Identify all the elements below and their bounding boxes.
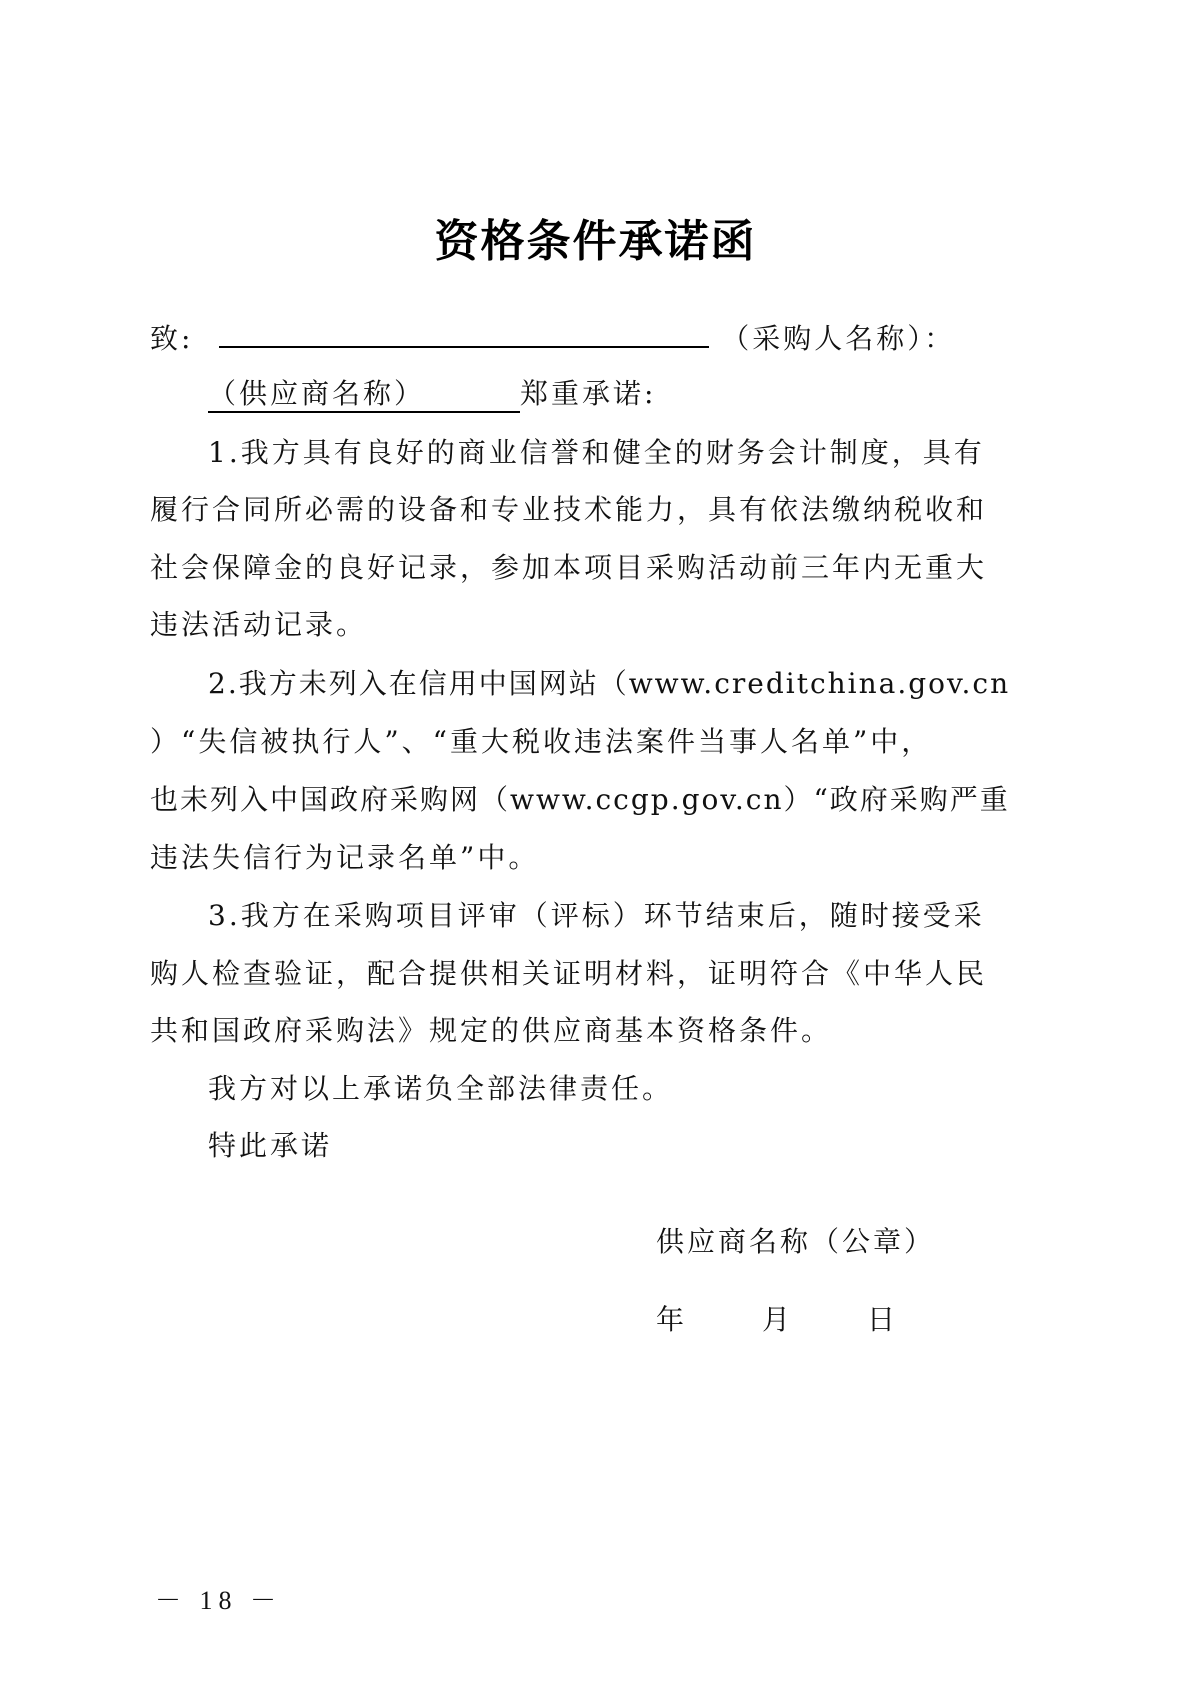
addressee-line: 致: （采购人名称）： xyxy=(150,316,955,357)
paragraph-line: 也未列入中国政府采购网（www.ccgp.gov.cn）“政府采购严重 xyxy=(150,782,1010,818)
date-year-label: 年 xyxy=(656,1302,687,1338)
addressee-prefix: 致: xyxy=(150,322,193,355)
paragraph-line: 违法活动记录。 xyxy=(150,607,367,643)
supplier-seal-label: 供应商名称（公章） xyxy=(656,1224,935,1260)
paragraph-line: 社会保障金的良好记录，参加本项目采购活动前三年内无重大 xyxy=(150,550,987,586)
paragraph-line: 2.我方未列入在信用中国网站（www.creditchina.gov.cn xyxy=(208,666,1010,702)
supplier-name-placeholder: （供应商名称） xyxy=(208,377,520,413)
paragraph-line: 履行合同所必需的设备和专业技术能力，具有依法缴纳税收和 xyxy=(150,492,987,528)
paragraph-line: 违法失信行为记录名单”中。 xyxy=(150,840,539,876)
paragraph-line: ）“失信被执行人”、“重大税收违法案件当事人名单”中， xyxy=(150,724,932,760)
document-page: 资格条件承诺函 致: （采购人名称）： （供应商名称）郑重承诺: 1.我方具有良… xyxy=(0,0,1191,1684)
supplier-line: （供应商名称）郑重承诺: xyxy=(208,376,656,413)
page-number: － 18 － xyxy=(155,1580,282,1617)
date-month-label: 月 xyxy=(762,1302,793,1338)
paragraph-line: 购人检查验证，配合提供相关证明材料，证明符合《中华人民 xyxy=(150,956,987,992)
date-day-label: 日 xyxy=(867,1302,898,1338)
purchaser-name-blank xyxy=(219,316,709,348)
paragraph-line: 共和国政府采购法》规定的供应商基本资格条件。 xyxy=(150,1013,832,1049)
paragraph-line: 3.我方在采购项目评审（评标）环节结束后，随时接受采 xyxy=(208,898,985,934)
addressee-suffix: （采购人名称）： xyxy=(721,322,955,355)
supplier-pledge-text: 郑重承诺: xyxy=(520,377,656,410)
pledge-closing: 特此承诺 xyxy=(208,1128,332,1164)
liability-statement: 我方对以上承诺负全部法律责任。 xyxy=(208,1071,673,1107)
paragraph-line: 1.我方具有良好的商业信誉和健全的财务会计制度，具有 xyxy=(208,435,985,471)
document-title: 资格条件承诺函 xyxy=(0,205,1191,269)
